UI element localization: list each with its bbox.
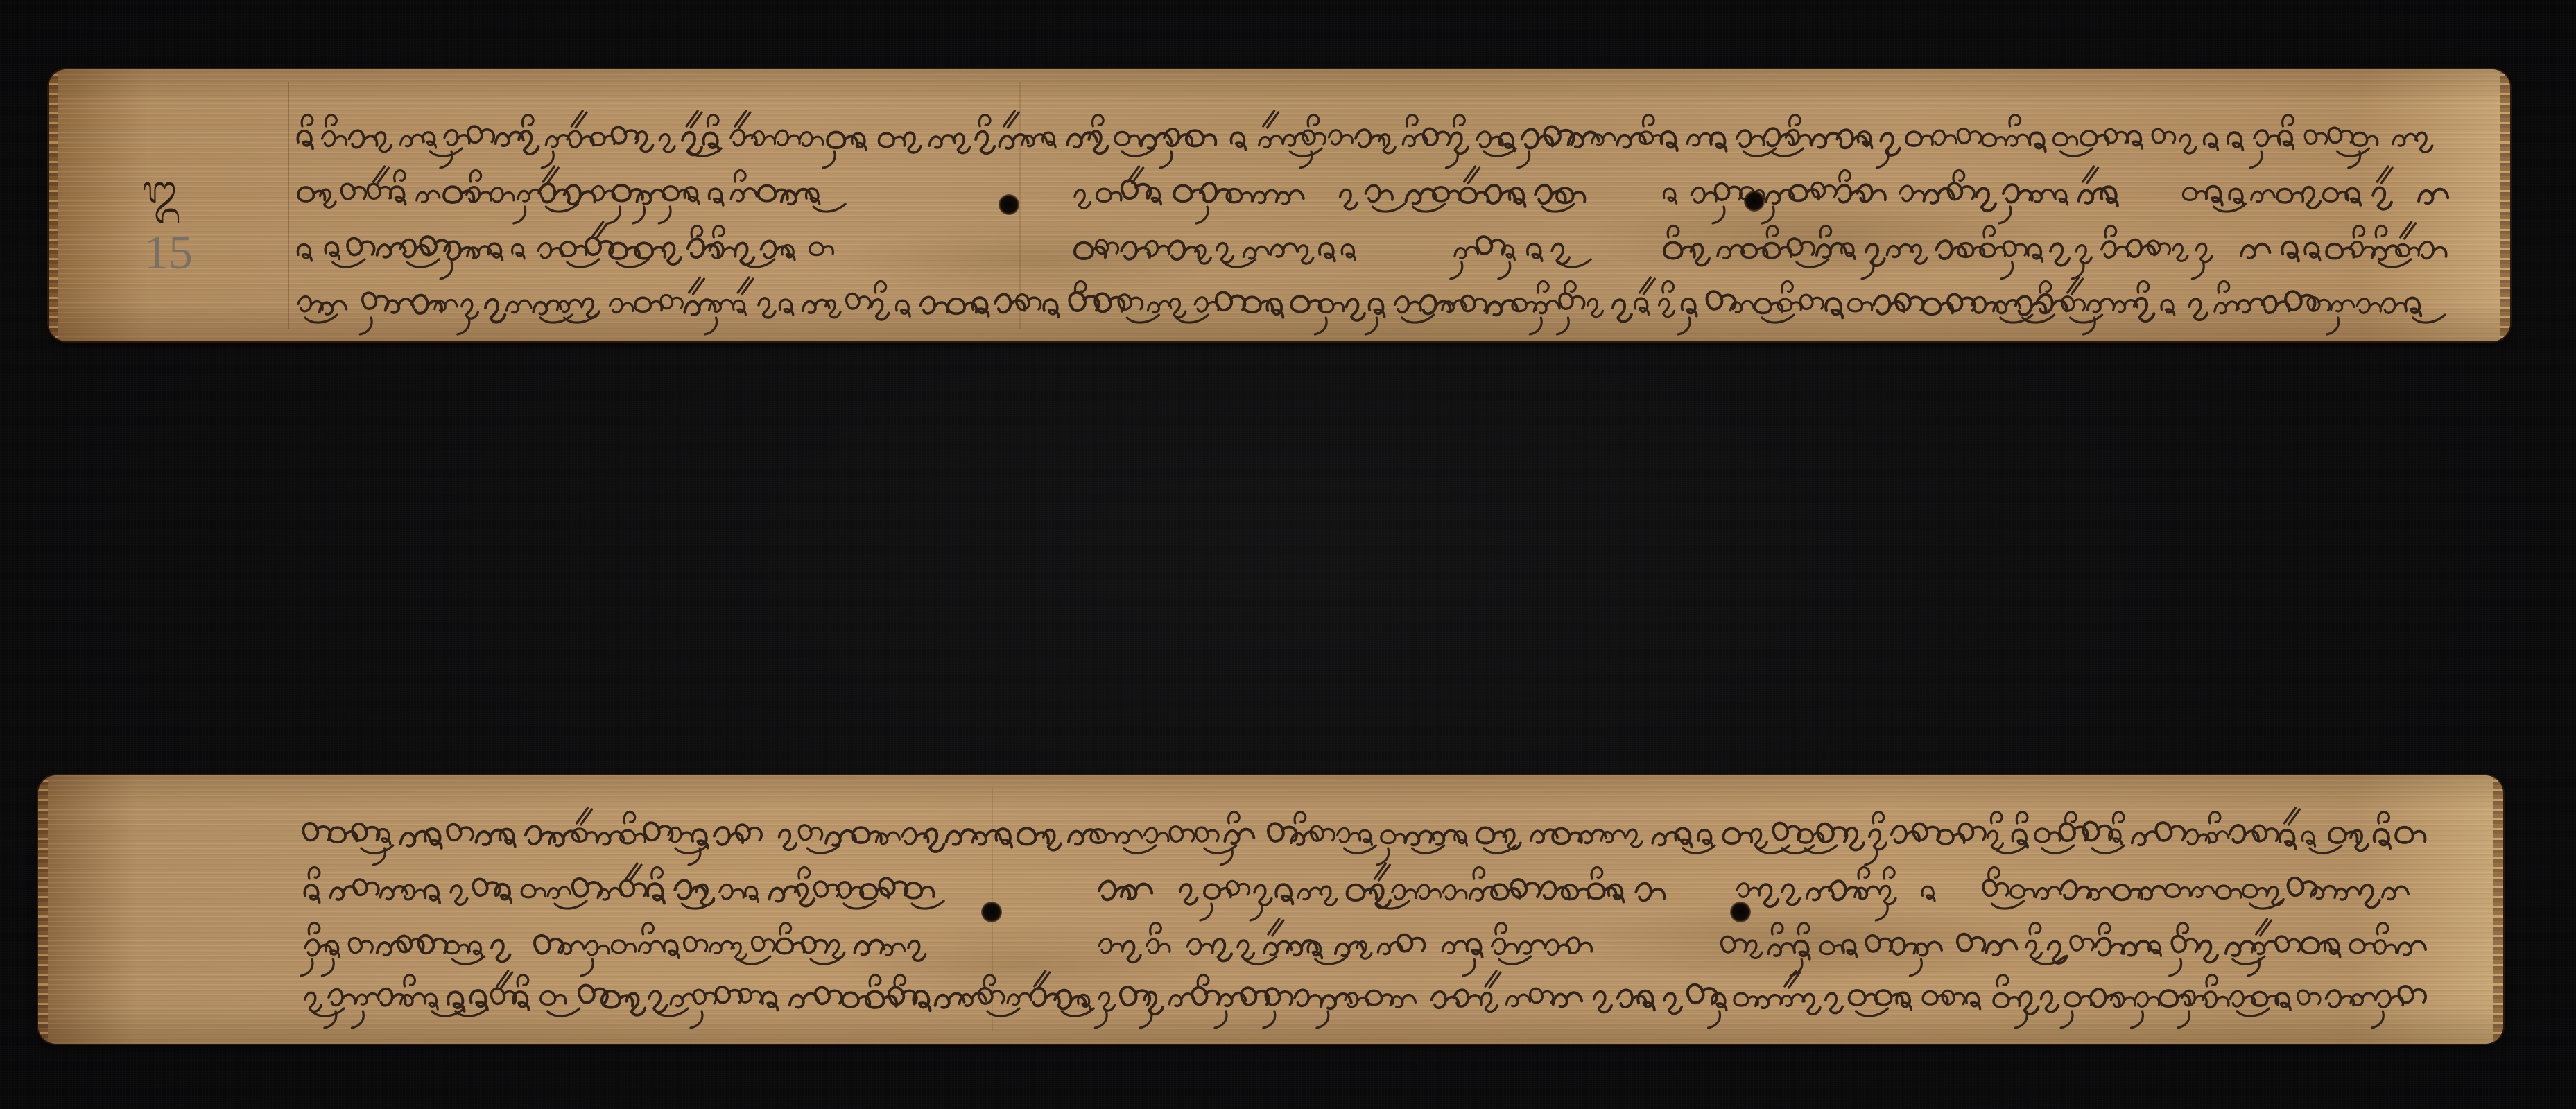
photo-stage: ᭓ 15 ᬲ᭄ᬯᬭᬾᬲᬾᬯᬾᬲ᭄ᬓᬾᬲᬾᬯᬢᬓᬶᬭᬶᬓᬰ᭄ᬬ ᬧᬭᬶᬤ᭄ᬬᬾᬬᬾ… <box>0 0 2576 1109</box>
palm-leaf-1: ᭓ 15 ᬲ᭄ᬯᬭᬾᬲᬾᬯᬾᬲ᭄ᬓᬾᬲᬾᬯᬢᬓᬶᬭᬶᬓᬰ᭄ᬬ ᬧᬭᬶᬤ᭄ᬬᬾᬬᬾ… <box>49 69 2510 341</box>
leaf-2-binding-hole-left <box>981 902 1002 922</box>
leaf-1-binding-hole-left <box>999 194 1019 215</box>
leaf-1-binding-hole-right <box>1744 191 1765 212</box>
leaf-2-binding-hole-right <box>1730 902 1751 922</box>
leaf-2-handwriting <box>38 775 2503 1044</box>
leaf-1-handwriting <box>49 69 2510 341</box>
palm-leaf-2: ᬓᬤᬶᬲᬯᬓᬶᬰᬬ᭄ᬫᬰᬯᬤ᭄ᬯᬾᬤᬾᬯ ᬧᬤᬯᬬᬶᬬᬶᬤ ᬤ᭄ᬯᬾᬦᬬᬬᬓᬤᬶ… <box>38 775 2503 1044</box>
